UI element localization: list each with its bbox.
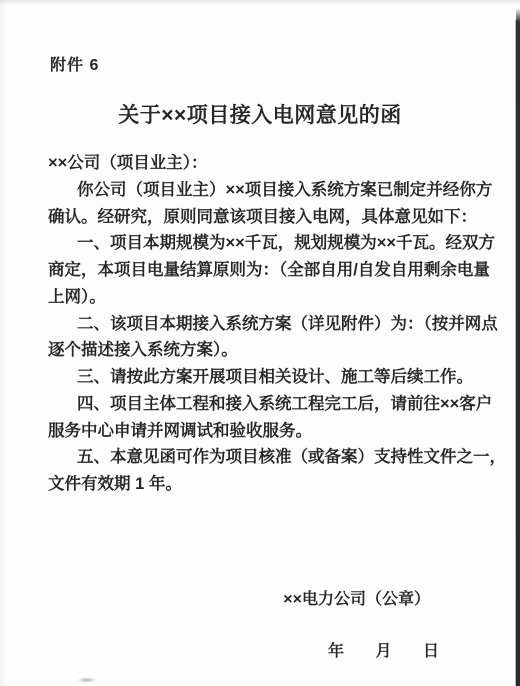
scanned-letter-page: 附件 6 关于××项目接入电网意见的函 ××公司（项目业主）： 你公司（项目业主… <box>0 0 520 686</box>
date-line: 年 月 日 <box>328 638 439 661</box>
body-line: 五、本意见函可作为项目核准（或备案）支持性文件之一， <box>48 444 484 471</box>
body-line: 上网）。 <box>48 284 484 311</box>
company-signature: ××电力公司（公章） <box>283 586 430 609</box>
scan-smudge <box>77 677 97 683</box>
body-line: 商定，本项目电量结算原则为：（全部自用/自发自用剩余电量 <box>48 257 484 284</box>
scan-edge-shadow <box>516 8 520 686</box>
attachment-number-label: 附件 6 <box>50 52 99 75</box>
letter-body: ××公司（项目业主）： 你公司（项目业主）××项目接入系统方案已制定并经你方 确… <box>48 150 484 498</box>
date-month-label: 月 <box>375 638 391 661</box>
salutation-line: ××公司（项目业主）： <box>48 150 484 177</box>
body-line: 三、请按此方案开展项目相关设计、施工等后续工作。 <box>48 364 484 391</box>
body-line: 服务中心申请并网调试和验收服务。 <box>48 418 484 445</box>
body-line: 确认。经研究，原则同意该项目接入电网，具体意见如下： <box>48 204 484 231</box>
body-line: 一、项目本期规模为××千瓦，规划规模为××千瓦。经双方 <box>48 230 484 257</box>
body-line: 二、该项目本期接入系统方案（详见附件）为：（按并网点 <box>48 311 484 338</box>
body-line: 逐个描述接入系统方案）。 <box>48 337 484 364</box>
date-year-label: 年 <box>328 638 344 661</box>
date-day-label: 日 <box>423 638 439 661</box>
body-line: 文件有效期 1 年。 <box>48 471 484 498</box>
body-line: 你公司（项目业主）××项目接入系统方案已制定并经你方 <box>48 177 484 204</box>
document-title: 关于××项目接入电网意见的函 <box>0 99 520 129</box>
body-line: 四、项目主体工程和接入系统工程完工后，请前往××客户 <box>48 391 484 418</box>
